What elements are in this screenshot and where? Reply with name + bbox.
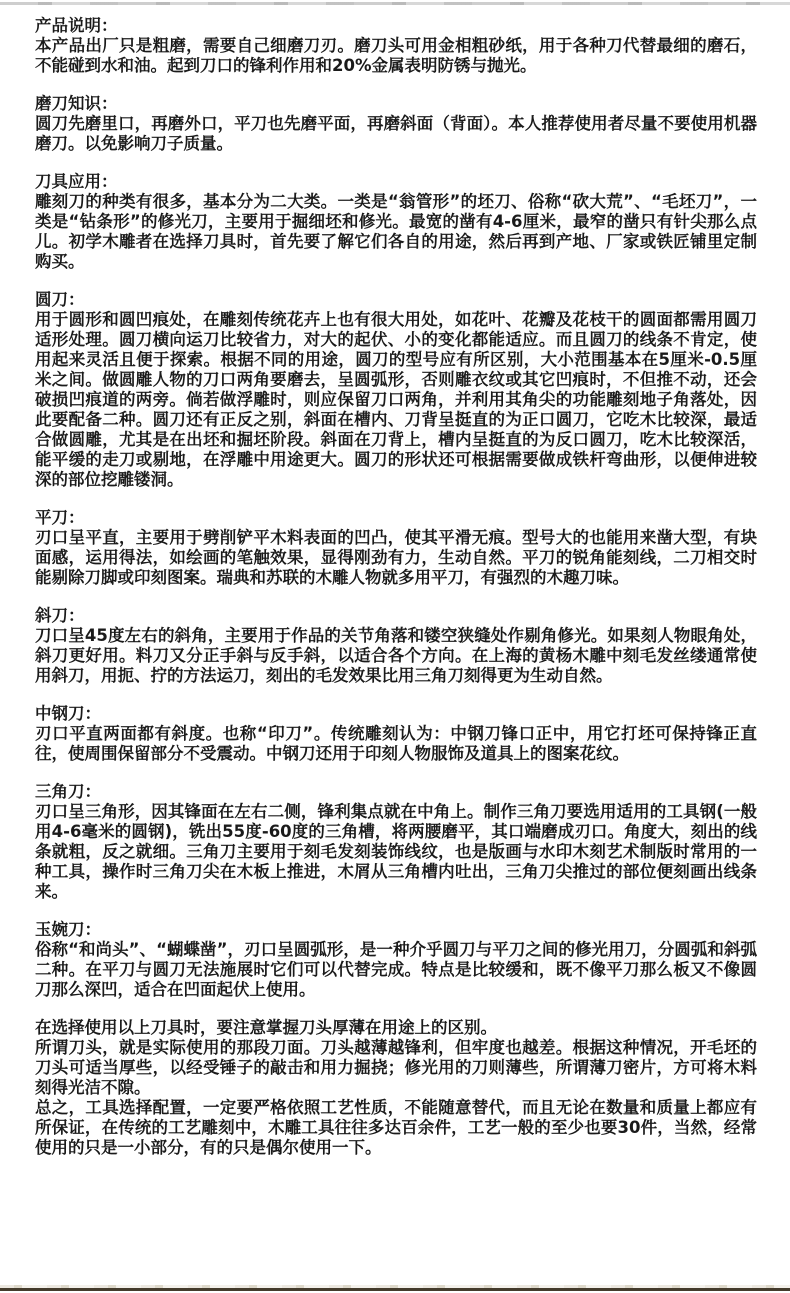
section-title: 圆刀： [35, 290, 757, 310]
section-body: 刃口平直两面都有斜度。也称“印刀”。传统雕刻认为：中钢刀锋口正中，用它打坯可保持… [35, 724, 757, 764]
text-section: 在选择使用以上刀具时，要注意掌握刀头厚薄在用途上的区别。所谓刀头，就是实际使用的… [35, 1018, 757, 1158]
text-section: 斜刀： 刀口呈45度左右的斜角，主要用于作品的关节角落和镂空狭缝处作剔角修光。如… [35, 606, 757, 686]
section-title: 中钢刀： [35, 704, 757, 724]
section-title: 产品说明： [35, 16, 757, 36]
product-description-page: 产品说明： 本产品出厂只是粗磨，需要自己细磨刀刃。磨刀头可用金相粗砂纸，用于各种… [0, 0, 790, 1293]
text-section: 三角刀： 刃口呈三角形，因其锋面在左右二侧，锋利集点就在中角上。制作三角刀要选用… [35, 782, 757, 902]
text-section: 圆刀： 用于圆形和圆凹痕处，在雕刻传统花卉上也有很大用处，如花叶、花瓣及花枝干的… [35, 290, 757, 490]
section-body: 雕刻刀的种类有很多，基本分为二大类。一类是“翁管形”的坯刀、俗称“砍大荒”、“毛… [35, 192, 757, 272]
text-section: 平刀： 刃口呈平直，主要用于劈削铲平木料表面的凹凸，使其平滑无痕。型号大的也能用… [35, 508, 757, 588]
bottom-crop-strip [0, 1288, 790, 1291]
section-title: 三角刀： [35, 782, 757, 802]
text-section: 玉婉刀： 俗称“和尚头”、“蝴蝶凿”，刃口呈圆弧形，是一种介乎圆刀与平刀之间的修… [35, 920, 757, 1000]
paragraph: 在选择使用以上刀具时，要注意掌握刀头厚薄在用途上的区别。 [35, 1018, 757, 1038]
paragraph: 总之，工具选择配置，一定要严格依照工艺性质，不能随意替代，而且无论在数量和质量上… [35, 1098, 757, 1158]
text-section: 刀具应用： 雕刻刀的种类有很多，基本分为二大类。一类是“翁管形”的坯刀、俗称“砍… [35, 172, 757, 272]
section-body: 刀口呈45度左右的斜角，主要用于作品的关节角落和镂空狭缝处作剔角修光。如果刻人物… [35, 626, 757, 686]
paragraph: 刃口呈三角形，因其锋面在左右二侧，锋利集点就在中角上。制作三角刀要选用适用的工具… [35, 802, 757, 902]
paragraph: 刀口呈45度左右的斜角，主要用于作品的关节角落和镂空狭缝处作剔角修光。如果刻人物… [35, 626, 757, 686]
section-title: 玉婉刀： [35, 920, 757, 940]
section-body: 刃口呈三角形，因其锋面在左右二侧，锋利集点就在中角上。制作三角刀要选用适用的工具… [35, 802, 757, 902]
text-section: 中钢刀： 刃口平直两面都有斜度。也称“印刀”。传统雕刻认为：中钢刀锋口正中，用它… [35, 704, 757, 764]
description-text-body: 产品说明： 本产品出厂只是粗磨，需要自己细磨刀刃。磨刀头可用金相粗砂纸，用于各种… [35, 16, 757, 1176]
paragraph: 刃口呈平直，主要用于劈削铲平木料表面的凹凸，使其平滑无痕。型号大的也能用来凿大型… [35, 528, 757, 588]
top-crop-strip [0, 2, 790, 5]
paragraph: 俗称“和尚头”、“蝴蝶凿”，刃口呈圆弧形，是一种介乎圆刀与平刀之间的修光用刀，分… [35, 940, 757, 1000]
section-body: 本产品出厂只是粗磨，需要自己细磨刀刃。磨刀头可用金相粗砂纸，用于各种刀代替最细的… [35, 36, 757, 76]
paragraph: 本产品出厂只是粗磨，需要自己细磨刀刃。磨刀头可用金相粗砂纸，用于各种刀代替最细的… [35, 36, 757, 76]
section-body: 俗称“和尚头”、“蝴蝶凿”，刃口呈圆弧形，是一种介乎圆刀与平刀之间的修光用刀，分… [35, 940, 757, 1000]
paragraph: 所谓刀头，就是实际使用的那段刀面。刀头越薄越锋利，但牢度也越差。根据这种情况，开… [35, 1038, 757, 1098]
section-body: 在选择使用以上刀具时，要注意掌握刀头厚薄在用途上的区别。所谓刀头，就是实际使用的… [35, 1018, 757, 1158]
section-body: 圆刀先磨里口，再磨外口，平刀也先磨平面，再磨斜面（背面）。本人推荐使用者尽量不要… [35, 114, 757, 154]
section-title: 刀具应用： [35, 172, 757, 192]
section-body: 刃口呈平直，主要用于劈削铲平木料表面的凹凸，使其平滑无痕。型号大的也能用来凿大型… [35, 528, 757, 588]
paragraph: 刃口平直两面都有斜度。也称“印刀”。传统雕刻认为：中钢刀锋口正中，用它打坯可保持… [35, 724, 757, 764]
section-body: 用于圆形和圆凹痕处，在雕刻传统花卉上也有很大用处，如花叶、花瓣及花枝干的圆面都需… [35, 310, 757, 490]
paragraph: 用于圆形和圆凹痕处，在雕刻传统花卉上也有很大用处，如花叶、花瓣及花枝干的圆面都需… [35, 310, 757, 490]
paragraph: 圆刀先磨里口，再磨外口，平刀也先磨平面，再磨斜面（背面）。本人推荐使用者尽量不要… [35, 114, 757, 154]
text-section: 产品说明： 本产品出厂只是粗磨，需要自己细磨刀刃。磨刀头可用金相粗砂纸，用于各种… [35, 16, 757, 76]
section-title: 磨刀知识： [35, 94, 757, 114]
section-title: 平刀： [35, 508, 757, 528]
text-section: 磨刀知识： 圆刀先磨里口，再磨外口，平刀也先磨平面，再磨斜面（背面）。本人推荐使… [35, 94, 757, 154]
section-title: 斜刀： [35, 606, 757, 626]
paragraph: 雕刻刀的种类有很多，基本分为二大类。一类是“翁管形”的坯刀、俗称“砍大荒”、“毛… [35, 192, 757, 272]
